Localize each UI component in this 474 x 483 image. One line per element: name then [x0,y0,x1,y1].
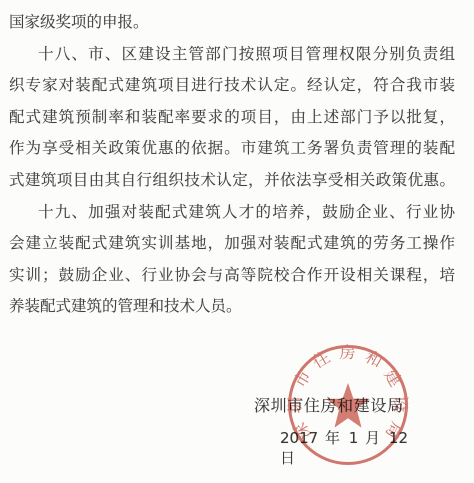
body-line: 作为享受相关政策优惠的依据。市建筑工务署负责管理的装配 [9,133,455,165]
seal-star-icon [326,383,370,428]
document-body-text: 国家级奖项的申报。 十八、市、区建设主管部门按照项目管理权限分别负责组 织专家对… [9,7,455,323]
official-seal-stamp: 深圳市住房和建设局 [286,343,410,467]
body-line: 配式建筑预制率和装配率要求的项目，由上述部门予以批复， [9,102,455,134]
body-line: 实训；鼓励企业、行业协会与高等院校合作开设相关课程，培 [9,260,455,292]
body-line: 十八、市、区建设主管部门按照项目管理权限分别负责组 [9,39,455,71]
body-line: 国家级奖项的申报。 [9,7,455,39]
body-line: 养装配式建筑的管理和技术人员。 [9,291,455,323]
body-line: 织专家对装配式建筑项目进行技术认定。经认定，符合我市装 [9,70,455,102]
body-line: 十九、加强对装配式建筑人才的培养，鼓励企业、行业协 [9,197,455,229]
body-line: 会建立装配式建筑实训基地，加强对装配式建筑的劳务工操作 [9,228,455,260]
body-line: 式建筑项目由其自行组织技术认定，并依法享受相关政策优惠。 [9,165,455,197]
scanned-document-page: 国家级奖项的申报。 十八、市、区建设主管部门按照项目管理权限分别负责组 织专家对… [0,0,474,483]
